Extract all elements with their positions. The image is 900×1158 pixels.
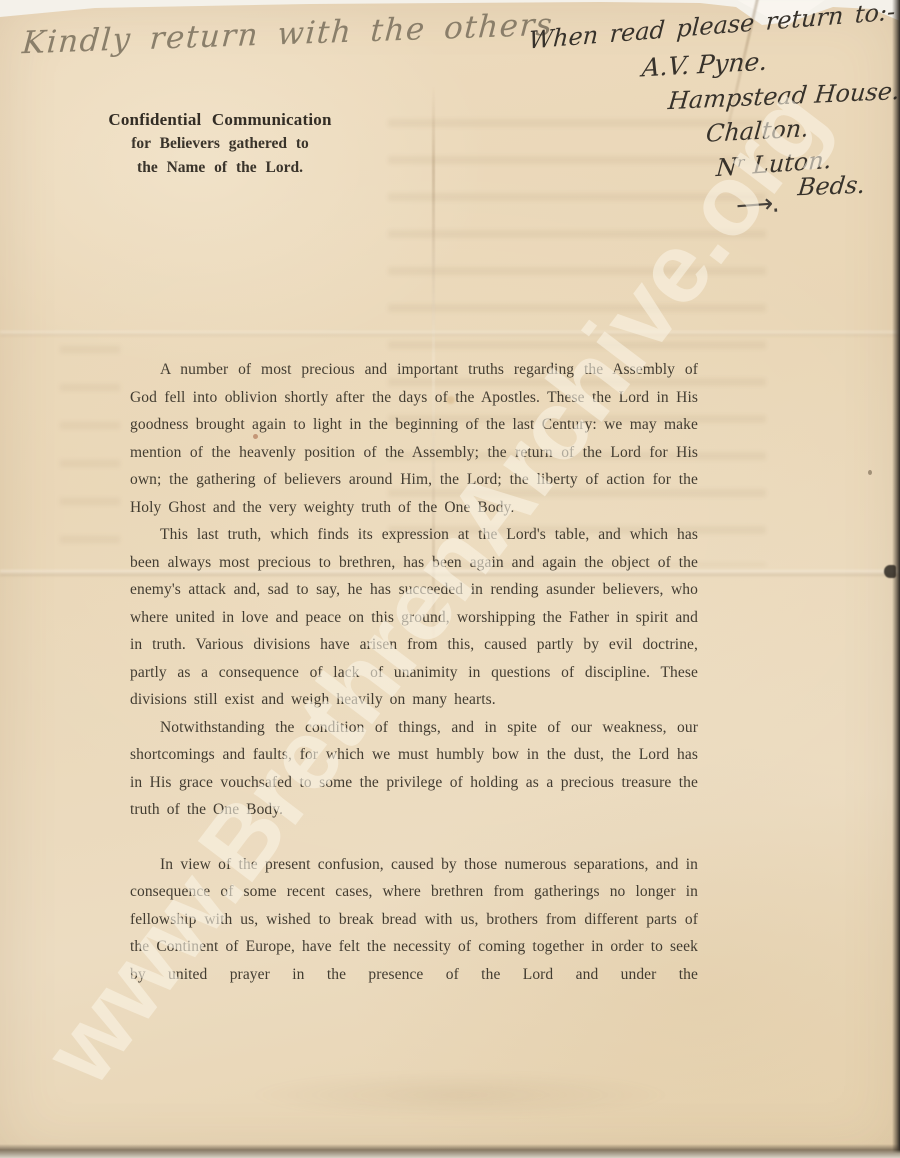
body-paragraph-1: A number of most precious and important … [130, 356, 698, 521]
return-note-village: Chalton. [705, 114, 810, 148]
document-heading: Confidential Communication for Believers… [88, 108, 352, 179]
scanned-letter-page: { "document": { "heading": { "line1": "C… [0, 0, 900, 1158]
letter-body: A number of most precious and important … [130, 356, 698, 988]
body-paragraph-3: Notwithstanding the condition of things,… [130, 714, 698, 824]
heading-line-2: for Believers gathered to [88, 132, 352, 156]
paper-speck [868, 470, 872, 475]
body-paragraph-4: In view of the present confusion, caused… [130, 851, 698, 989]
heading-line-3: the Name of the Lord. [88, 156, 352, 180]
reverse-text-bleedthrough-left [60, 330, 120, 570]
horizontal-fold-crease-upper [0, 331, 900, 336]
return-note-county: Beds. [797, 171, 867, 201]
return-arrow-icon: ⟶. [735, 189, 779, 222]
bottom-wrinkle-shading [180, 1060, 740, 1130]
scan-bottom-edge-shadow [0, 1144, 900, 1158]
scan-right-edge-shadow [892, 0, 900, 1158]
body-paragraph-2: This last truth, which finds its express… [130, 521, 698, 714]
heading-line-1: Confidential Communication [88, 108, 352, 132]
